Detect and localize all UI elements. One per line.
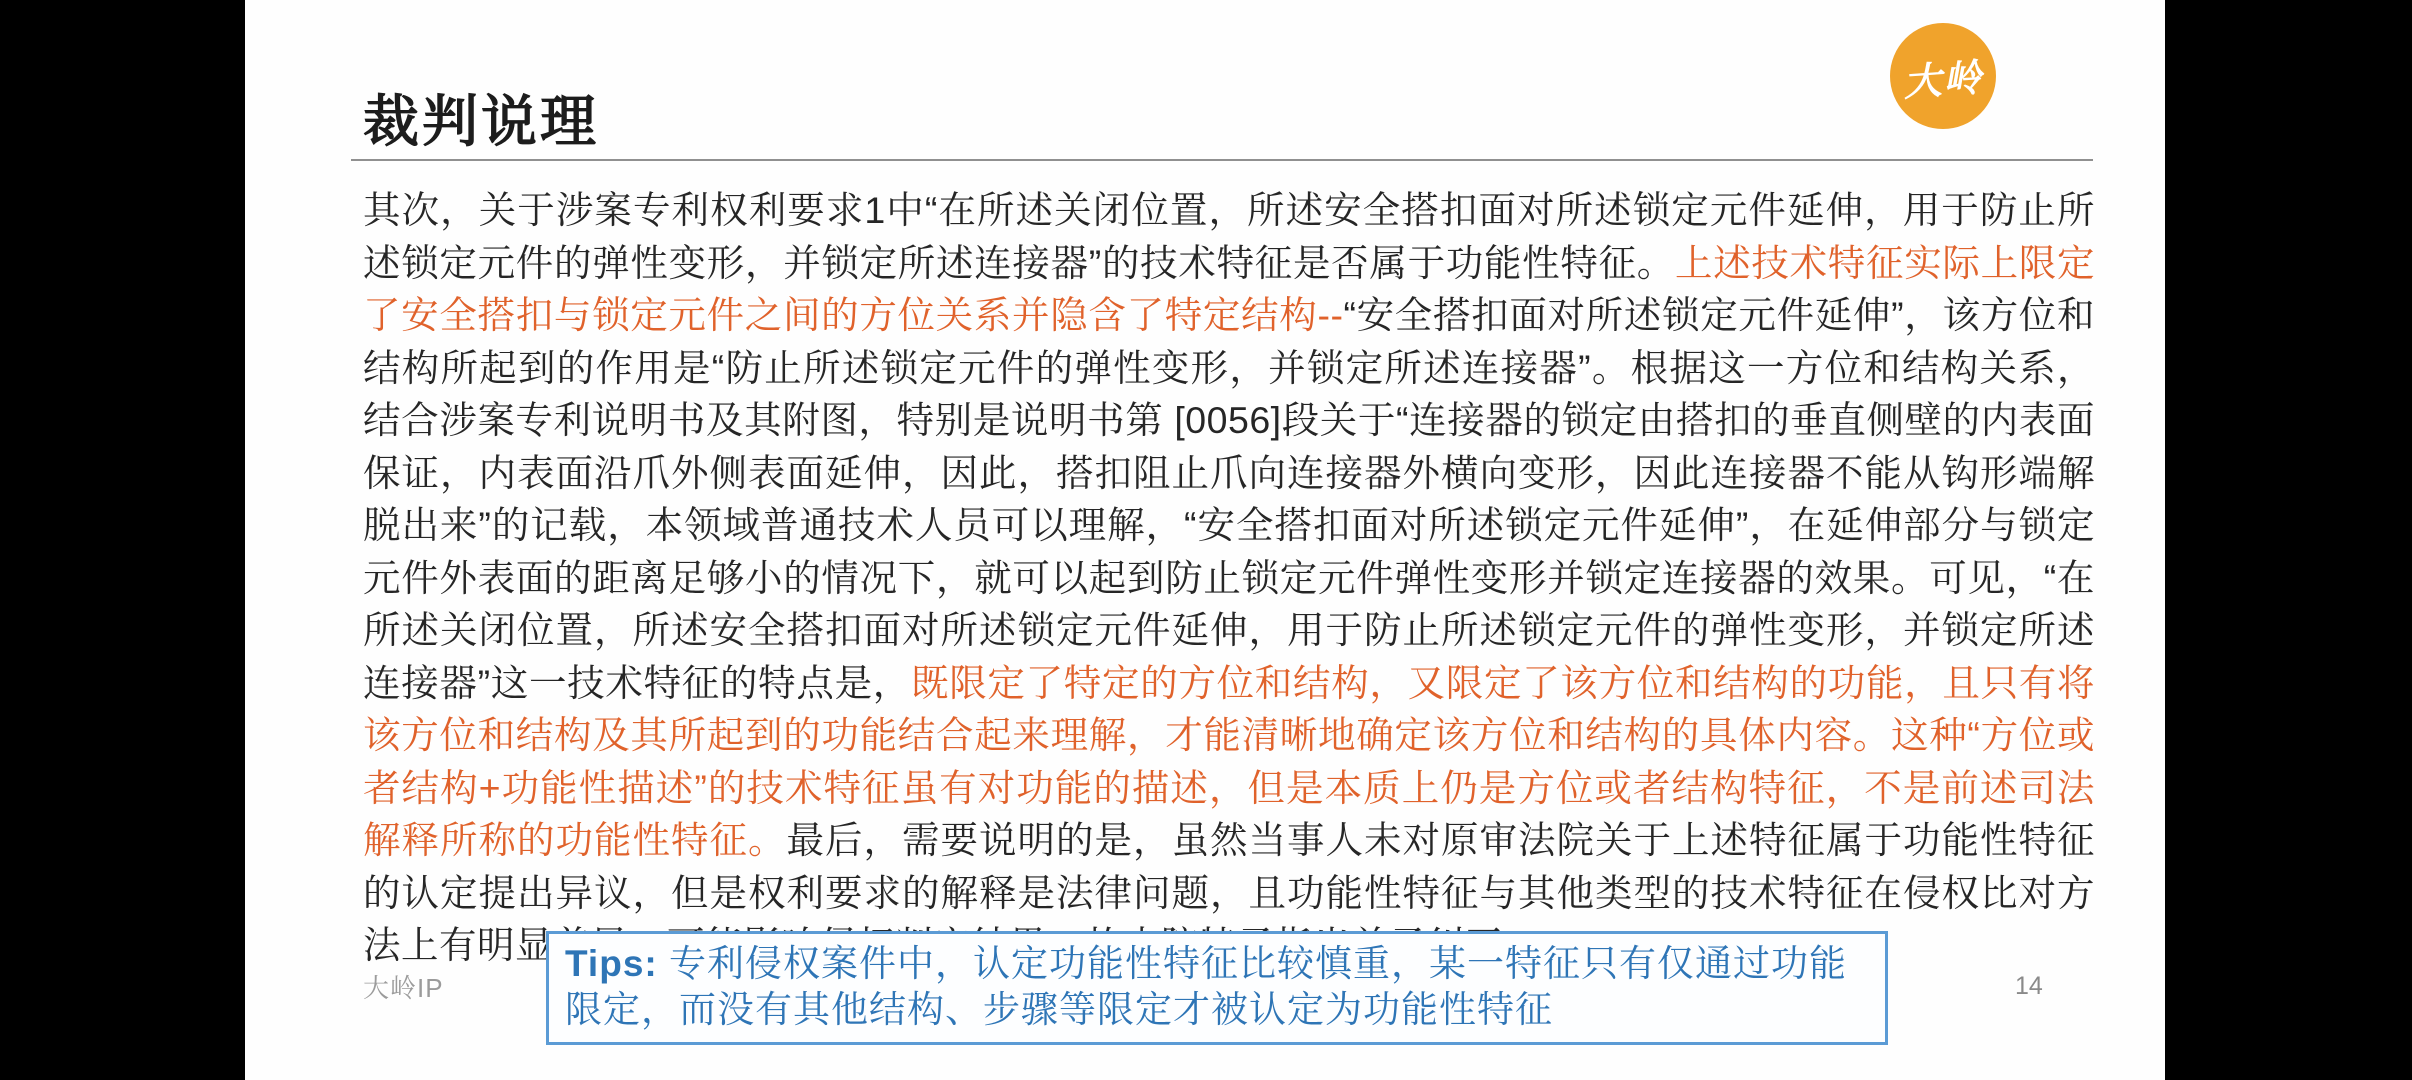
presentation-slide: 裁判说理 其次，关于涉案专利权利要求1中“在所述关闭位置，所述安全搭扣面对所述锁…	[245, 0, 2165, 1080]
page-number: 14	[2015, 972, 2043, 1001]
daling-logo-text: 大岭	[1901, 46, 1985, 106]
daling-logo: 大岭	[1890, 23, 1996, 129]
body-paragraph: 其次，关于涉案专利权利要求1中“在所述关闭位置，所述安全搭扣面对所述锁定元件延伸…	[363, 184, 2095, 972]
tips-body: 专利侵权案件中，认定功能性特征比较慎重，某一特征只有仅通过功能限定，而没有其他结…	[565, 943, 1847, 1030]
tips-box: Tips: 专利侵权案件中，认定功能性特征比较慎重，某一特征只有仅通过功能限定，…	[546, 931, 1888, 1045]
footer-brand: 大岭IP	[363, 968, 444, 1005]
title-divider	[351, 159, 2093, 161]
tips-label: Tips:	[565, 943, 658, 984]
page-title: 裁判说理	[363, 78, 599, 158]
tips-text: Tips: 专利侵权案件中，认定功能性特征比较慎重，某一特征只有仅通过功能限定，…	[565, 941, 1869, 1033]
body-text-segment: “安全搭扣面对所述锁定元件延伸”，该方位和结构所起到的作用是“防止所述锁定元件的…	[363, 294, 2095, 704]
video-frame: 裁判说理 其次，关于涉案专利权利要求1中“在所述关闭位置，所述安全搭扣面对所述锁…	[0, 0, 2412, 1080]
